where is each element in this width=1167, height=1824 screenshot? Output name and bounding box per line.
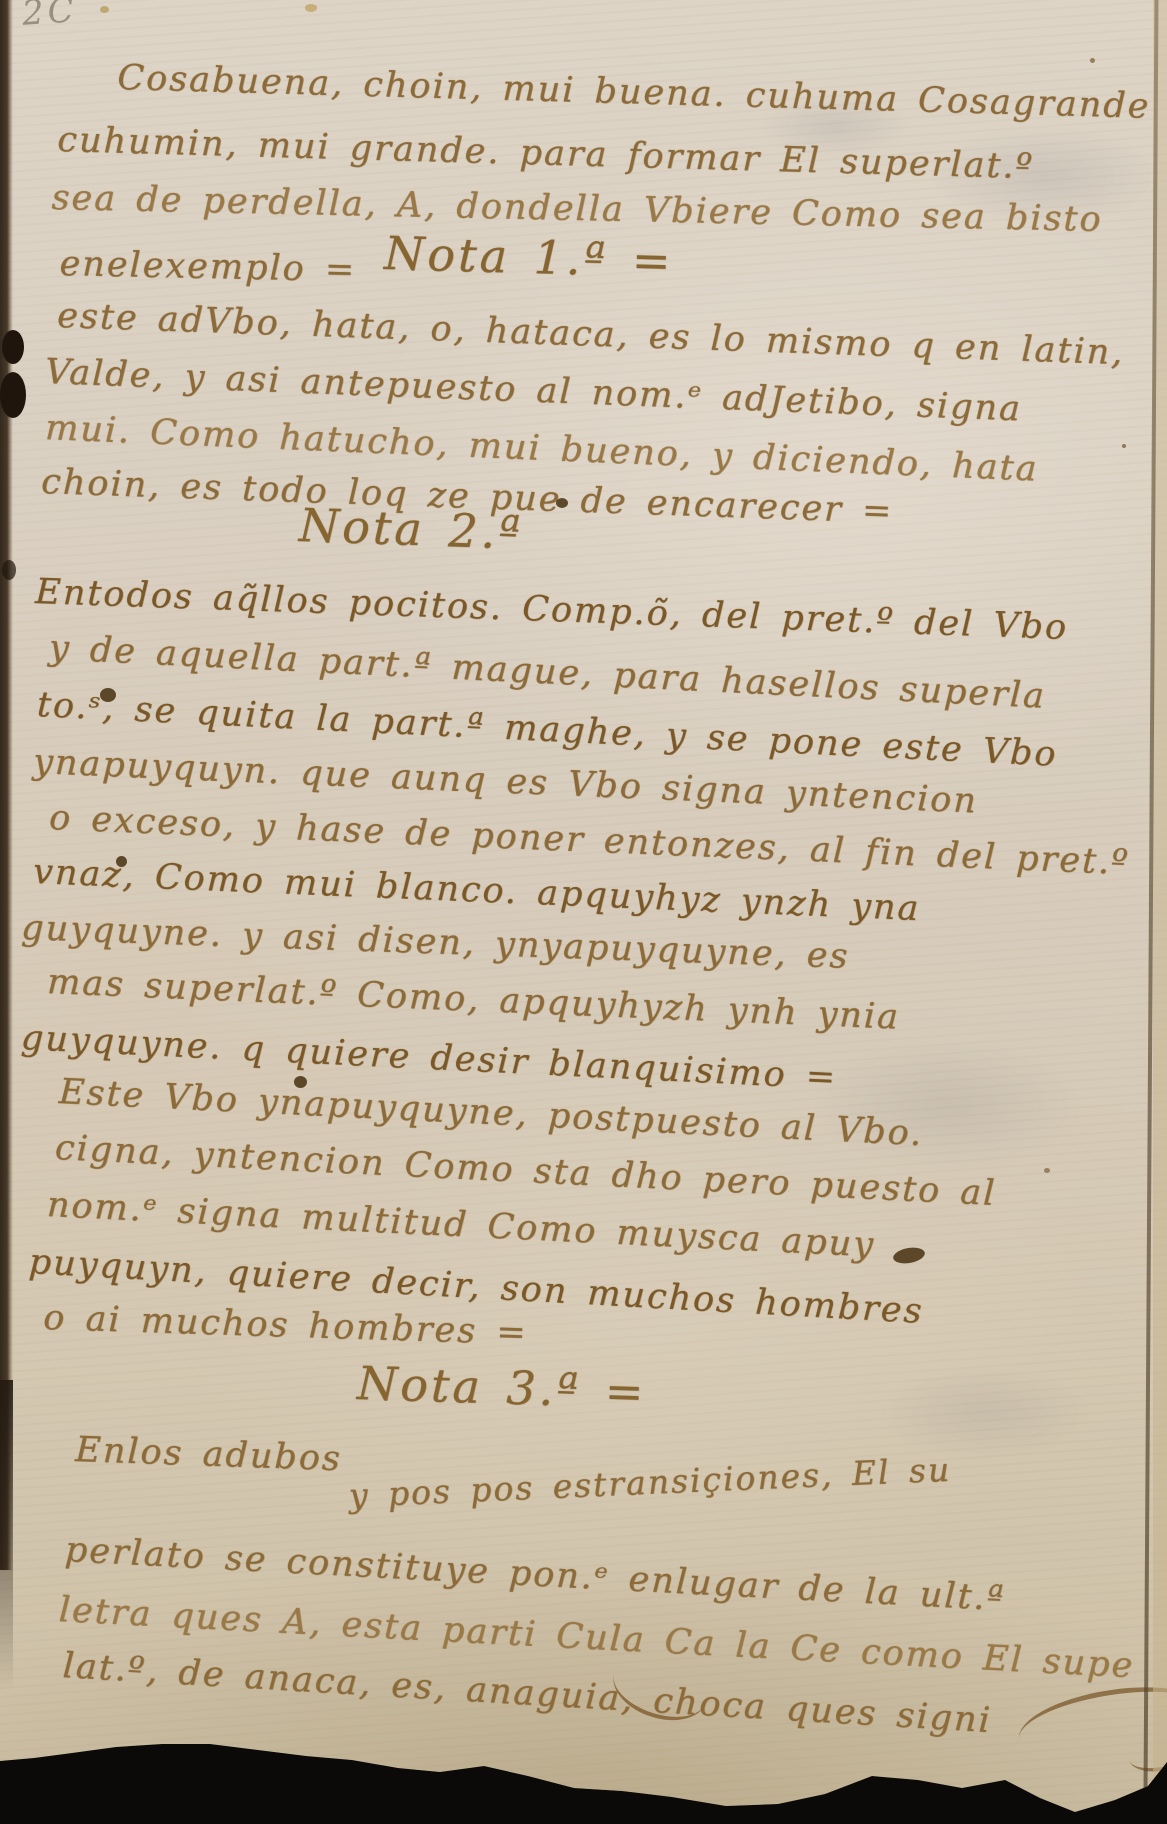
manuscript-page: 2C Cosabuena, choin, mui buena. cuhuma C… xyxy=(0,0,1167,1824)
manuscript-line: Enlos adubos xyxy=(75,1430,343,1479)
gutter-ink-blot xyxy=(2,560,16,580)
gutter-ink-blot xyxy=(0,372,26,418)
manuscript-line: Cosabuena, choin, mui buena. cuhuma Cosa… xyxy=(117,58,1151,127)
manuscript-line: enelexemplo = xyxy=(59,244,356,290)
ink-blot xyxy=(100,688,116,702)
ink-blot xyxy=(116,856,127,867)
ink-blot xyxy=(294,1076,307,1088)
gutter-ink-blot xyxy=(2,330,24,364)
ink-blot xyxy=(892,1245,926,1265)
binding-edge-fade xyxy=(0,1380,13,1824)
ink-speck xyxy=(1090,58,1095,63)
ink-blot xyxy=(556,498,568,508)
ink-speck xyxy=(305,4,317,12)
ink-speck xyxy=(1122,444,1126,448)
folio-mark: 2C xyxy=(21,0,79,34)
nota-heading-2: Nota 2.ª xyxy=(298,498,524,560)
binding-edge xyxy=(0,0,13,1570)
nota-heading-1: Nota 1.ª = xyxy=(383,226,674,288)
ink-speck xyxy=(1044,1168,1050,1173)
paper-sheet: 2C Cosabuena, choin, mui buena. cuhuma C… xyxy=(0,0,1167,1824)
ink-speck xyxy=(100,6,109,13)
manuscript-line: y pos pos estransiçiones, El su xyxy=(348,1450,952,1515)
showthrough-smudge xyxy=(880,1368,1090,1458)
manuscript-line: o ai muchos hombres = xyxy=(43,1298,529,1353)
nota-heading-3: Nota 3.ª = xyxy=(356,1356,647,1419)
